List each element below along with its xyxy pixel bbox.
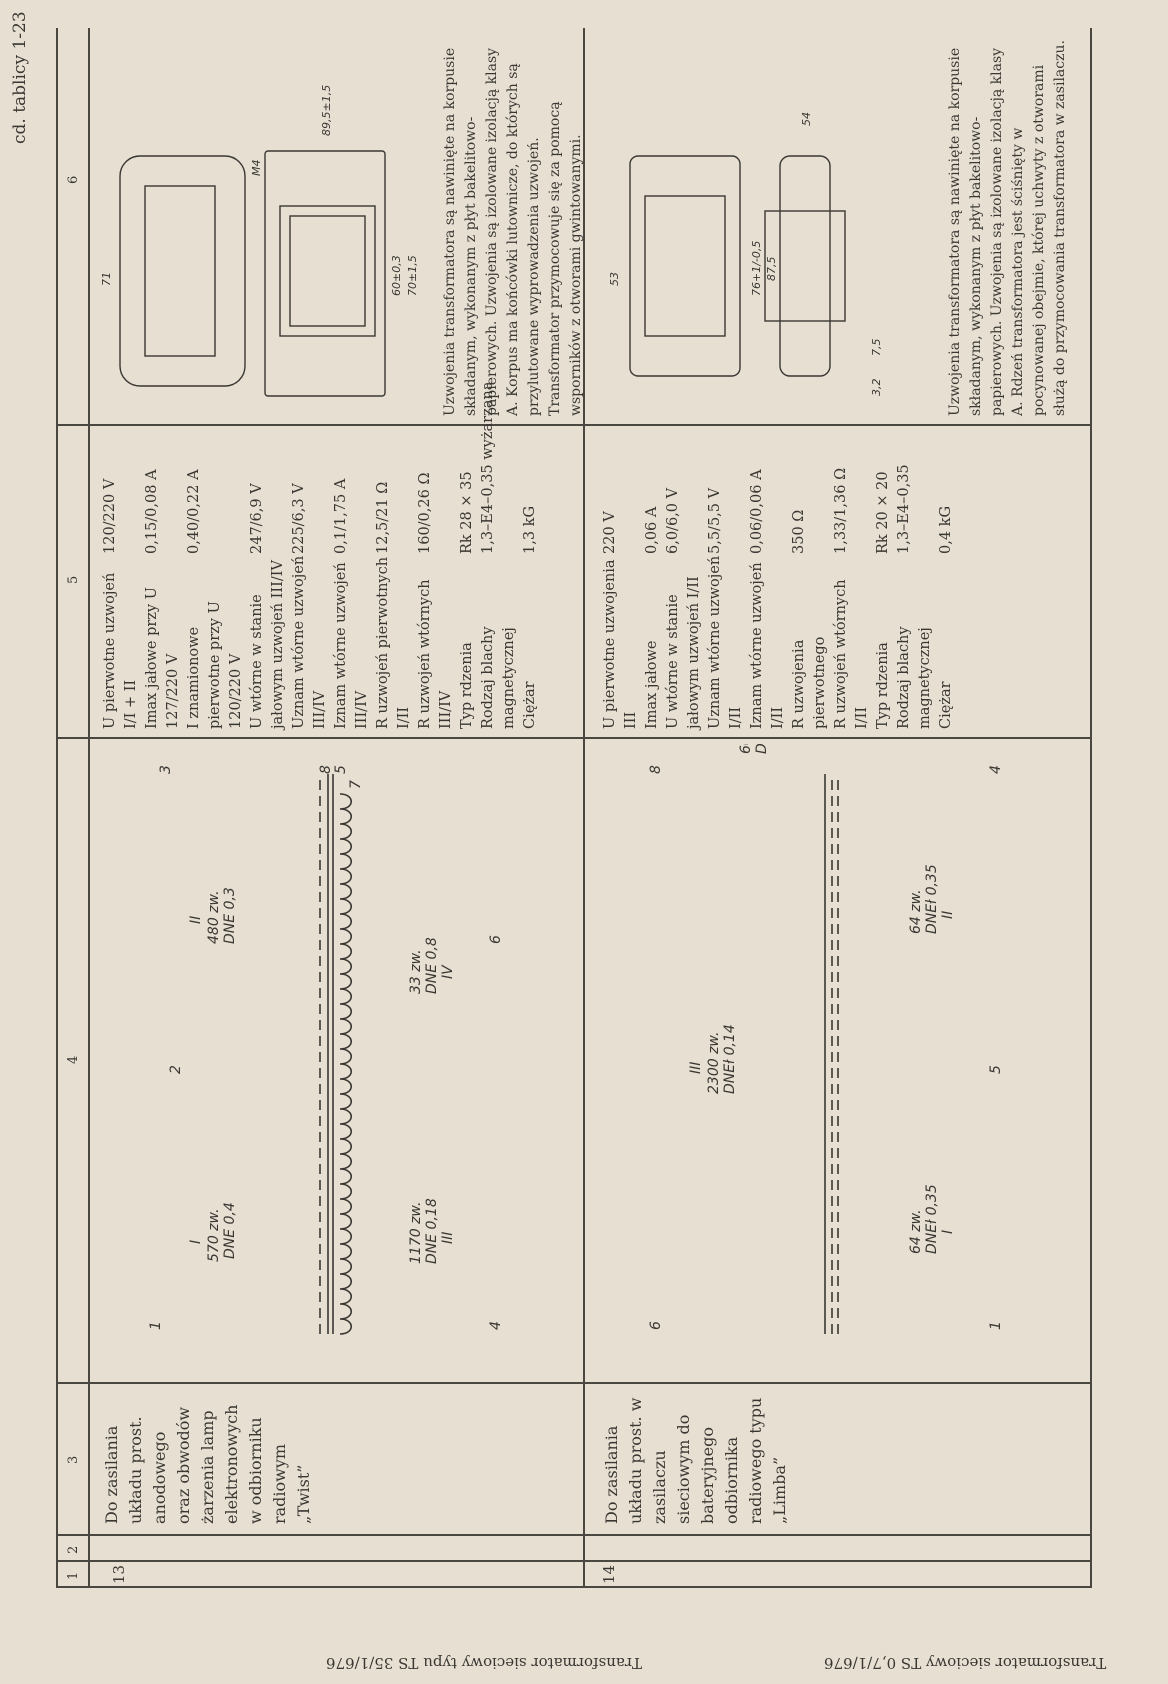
svg-text:60 zw.: 60 zw. xyxy=(738,744,754,754)
row-14-purpose: Do zasilania układu prost. w zasilaczu s… xyxy=(600,1394,792,1524)
svg-text:64 zw.: 64 zw. xyxy=(908,1209,924,1254)
svg-text:87,5: 87,5 xyxy=(765,257,778,282)
parameter-row: Rodzaj blachy magnetycznej1,3–E4–0,35 wy… xyxy=(478,434,520,729)
parameter-row: Ciężar0,4 kG xyxy=(936,434,957,729)
row-13-name-band: Transformator sieciowy typu TS 35/1/676 xyxy=(88,1536,583,1562)
svg-text:III: III xyxy=(440,1232,456,1244)
svg-text:DNE 0,8: DNE 0,8 xyxy=(424,937,440,994)
parameter-row: R uzwojenia pierwotnego350 Ω xyxy=(789,434,831,729)
parameter-row: R uzwojeń pierwotnych I/II12,5/21 Ω xyxy=(373,434,415,729)
svg-text:5: 5 xyxy=(333,765,349,774)
svg-text:570 zw.: 570 zw. xyxy=(206,1208,222,1262)
svg-text:DNEł 0,35: DNEł 0,35 xyxy=(924,1184,940,1254)
svg-text:89,5±1,5: 89,5±1,5 xyxy=(320,85,333,136)
continuation-note: cd. tablicy 1-23 xyxy=(10,11,30,144)
row-14-description: Uzwojenia transformatora są nawinięte na… xyxy=(945,36,1071,416)
svg-text:1: 1 xyxy=(988,1321,1004,1330)
svg-text:DNEł 0,35: DNEł 0,35 xyxy=(924,864,940,934)
svg-text:4: 4 xyxy=(988,765,1004,774)
svg-text:54: 54 xyxy=(800,112,813,126)
table-border-top xyxy=(56,28,58,1588)
svg-text:M4: M4 xyxy=(250,160,263,177)
col-line-3-4 xyxy=(56,1383,1092,1385)
svg-text:III: III xyxy=(688,1062,704,1074)
parameter-row: U pierwotne uzwojenia III220 V xyxy=(600,434,642,729)
svg-text:7,5: 7,5 xyxy=(870,339,883,357)
row-14-parameters: U pierwotne uzwojenia III220 V Imax jało… xyxy=(600,434,957,729)
col-line-5-6 xyxy=(56,425,1092,427)
row-14-number: 14 xyxy=(600,1565,618,1584)
svg-text:7: 7 xyxy=(348,780,364,789)
svg-text:8: 8 xyxy=(648,765,664,774)
parameter-row: Imax jałowe0,06 A xyxy=(642,434,663,729)
svg-text:33 zw.: 33 zw. xyxy=(408,949,424,994)
svg-text:IV: IV xyxy=(440,964,456,979)
parameter-row: I znamionowe pierwotne przy U 120/220 V0… xyxy=(184,434,247,729)
row-14-mechanical-drawing: 53 76+1/-0,5 87,5 54 3,2 7,5 xyxy=(600,26,930,416)
parameter-row: R uzwojeń wtórnych I/II1,33/1,36 Ω xyxy=(831,434,873,729)
parameter-row: Iznam wtórne uzwojeń I/II0,06/0,06 A xyxy=(747,434,789,729)
col-header-5: 5 xyxy=(66,576,81,584)
svg-text:2: 2 xyxy=(168,1065,184,1074)
parameter-row: Uznam wtórne uzwojeń III/IV225/6,3 V xyxy=(289,434,331,729)
svg-text:I: I xyxy=(940,1230,956,1234)
svg-text:5: 5 xyxy=(988,1065,1004,1074)
col-header-1: 1 xyxy=(66,1572,81,1580)
row-13-number: 13 xyxy=(110,1565,128,1584)
svg-text:76+1/-0,5: 76+1/-0,5 xyxy=(750,241,763,296)
svg-text:480 zw.: 480 zw. xyxy=(206,890,222,944)
rotated-page: cd. tablicy 1-23 1 2 3 4 5 6 13 Transfor… xyxy=(0,0,1168,1684)
parameter-row: Rodzaj blachy magnetycznej1,3–E4–0,35 xyxy=(894,434,936,729)
svg-text:60±0,3: 60±0,3 xyxy=(390,255,403,296)
parameter-row: U wtórne w stanie jałowym uzwojeń III/IV… xyxy=(247,434,289,729)
parameter-row: Imax jałowe przy U 127/220 V0,15/0,08 A xyxy=(142,434,184,729)
svg-text:70±1,5: 70±1,5 xyxy=(406,255,419,296)
svg-text:6: 6 xyxy=(488,935,504,944)
row-14-name-band: Transformator sieciowy TS 0,7/1/676 xyxy=(584,1536,1090,1562)
parameter-row: U wtórne w stanie jałowym uzwojeń I/II6,… xyxy=(663,434,705,729)
svg-text:71: 71 xyxy=(100,272,113,286)
col-header-3: 3 xyxy=(66,1456,81,1464)
svg-text:64 zw.: 64 zw. xyxy=(908,889,924,934)
svg-text:2300 zw.: 2300 zw. xyxy=(706,1032,722,1094)
col-header-2: 2 xyxy=(66,1546,81,1554)
row-14-name: Transformator sieciowy TS 0,7/1/676 xyxy=(824,1422,1106,1672)
svg-text:DNEł 0,35: DNEł 0,35 xyxy=(754,744,770,754)
col-line-4-5 xyxy=(56,738,1092,740)
parameter-row: Uznam wtórne uzwojeń I/II5,5/5,5 V xyxy=(705,434,747,729)
parameter-row: Iznam wtórne uzwojeń III/IV0,1/1,75 A xyxy=(331,434,373,729)
svg-text:1: 1 xyxy=(148,1321,164,1330)
svg-text:DNE 0,18: DNE 0,18 xyxy=(424,1198,440,1264)
svg-text:I: I xyxy=(188,1240,204,1244)
svg-text:3: 3 xyxy=(158,765,174,774)
parameter-row: U pierwotne uzwojeń I/I + II120/220 V xyxy=(100,434,142,729)
svg-text:DNEł 0,14: DNEł 0,14 xyxy=(722,1024,738,1094)
row-13-description: Uzwojenia transformatora są nawinięte na… xyxy=(440,36,587,416)
svg-text:4: 4 xyxy=(488,1321,504,1330)
svg-text:DNE 0,3: DNE 0,3 xyxy=(222,887,238,944)
svg-text:II: II xyxy=(940,911,956,919)
row-13-mechanical-drawing: 60±0,3 70±1,5 89,5±1,5 71 M4 xyxy=(100,26,430,416)
svg-text:1170 zw.: 1170 zw. xyxy=(408,1202,424,1264)
parameter-row: Typ rdzeniaRk 28 × 35 xyxy=(457,434,478,729)
table-border-bottom xyxy=(1090,28,1092,1588)
parameter-row: R uzwojeń wtórnych III/IV160/0,26 Ω xyxy=(415,434,457,729)
parameter-row: Ciężar1,3 kG xyxy=(520,434,541,729)
svg-text:8: 8 xyxy=(318,765,334,774)
svg-text:3,2: 3,2 xyxy=(870,379,883,397)
row-14-winding-schematic: 6 8 1 5 4 III 2300 zw. DNEł 0,14 60 zw. … xyxy=(600,744,1070,1374)
row-13-purpose: Do zasilania układu prost. anodowego ora… xyxy=(100,1394,316,1524)
col-header-4: 4 xyxy=(66,1056,81,1064)
parameter-row: Typ rdzeniaRk 20 × 20 xyxy=(873,434,894,729)
svg-text:DNE 0,4: DNE 0,4 xyxy=(222,1202,238,1259)
header-separator xyxy=(88,28,90,1588)
col-header-6: 6 xyxy=(66,176,81,184)
svg-text:6: 6 xyxy=(648,1321,664,1330)
row-13-winding-schematic: 1 2 3 4 6 8 5 7 I 570 zw. DNE 0,4 II 480… xyxy=(100,744,570,1374)
svg-text:II: II xyxy=(188,916,204,924)
svg-text:53: 53 xyxy=(608,272,621,286)
row-13-parameters: U pierwotne uzwojeń I/I + II120/220 V Im… xyxy=(100,434,541,729)
